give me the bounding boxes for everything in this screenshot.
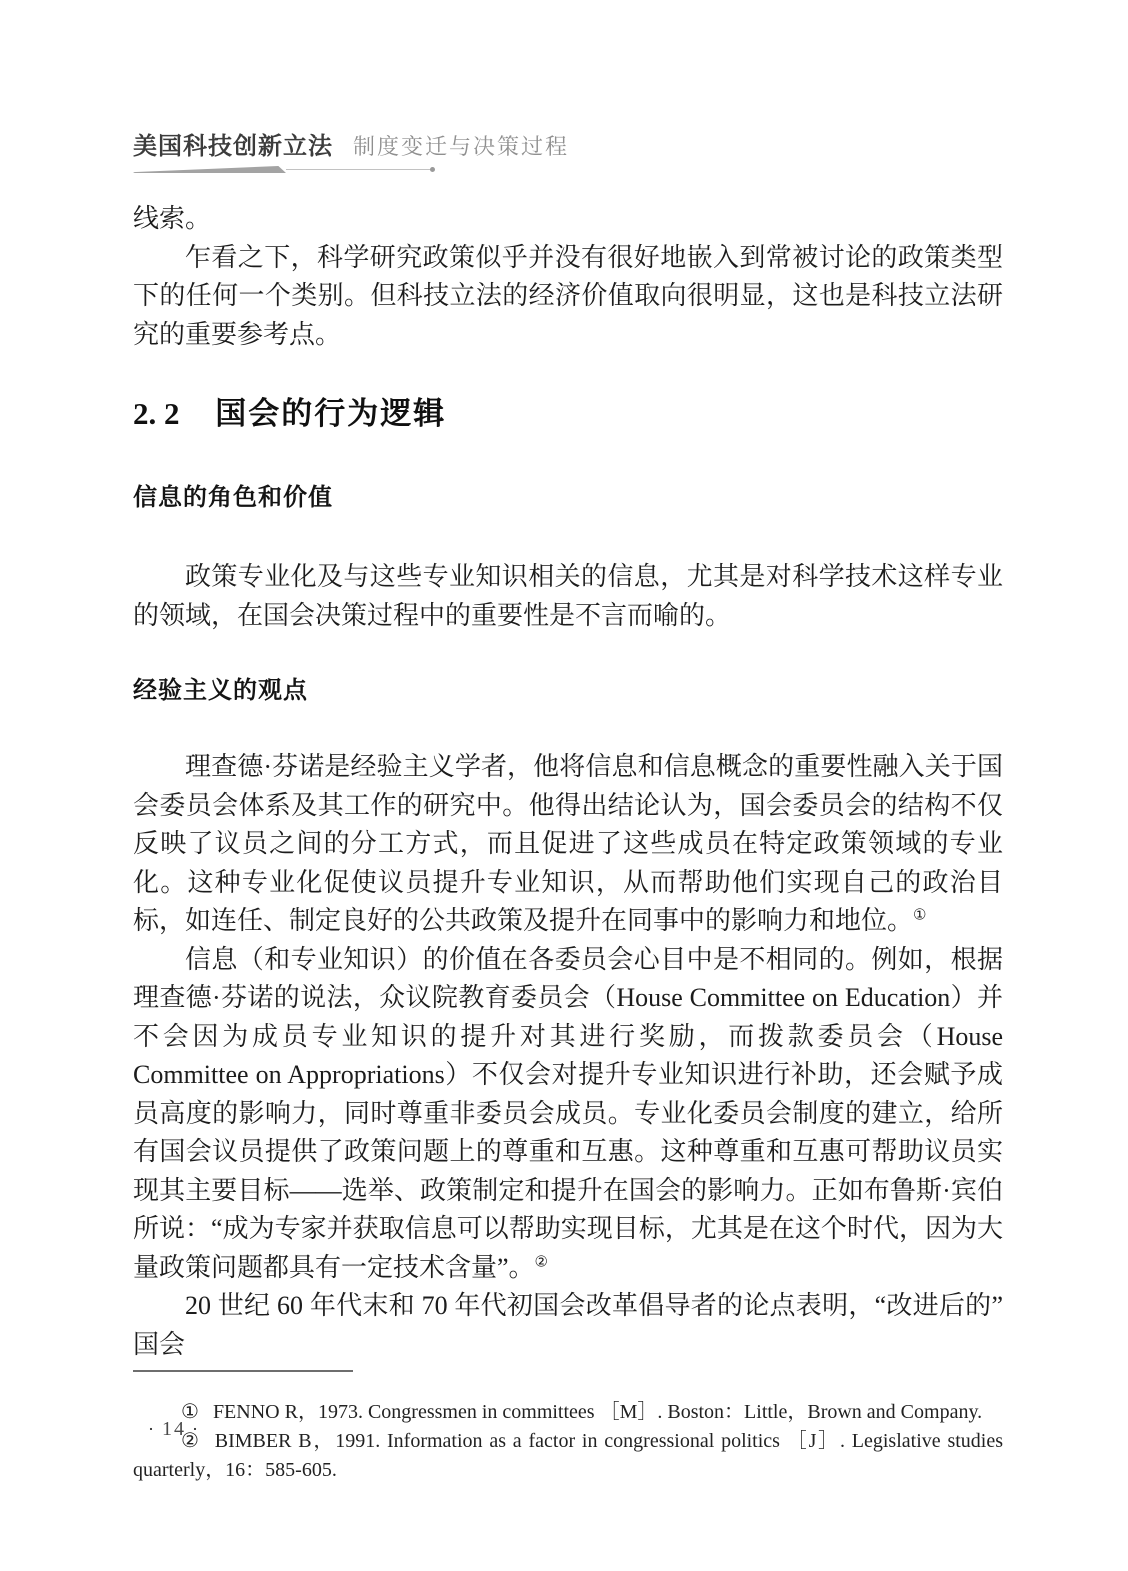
footnote-1-text: FENNO R，1973. Congressmen in committees … (213, 1401, 982, 1423)
book-subtitle: 制度变迁与决策过程 (353, 134, 569, 159)
section-heading: 2. 2 国会的行为逻辑 (133, 391, 1003, 437)
page-number: 14 (162, 1418, 186, 1440)
running-header-text: 美国科技创新立法 制度变迁与决策过程 (133, 126, 1003, 161)
paragraph-information-value: 政策专业化及与这些专业知识相关的信息，尤其是对科学技术这样专业的领域，在国会决策… (133, 558, 1003, 635)
page-number-left-dot: · (148, 1419, 156, 1439)
paragraph-committee-value: 信息（和专业知识）的价值在各委员会心目中是不相同的。例如，根据理查德·芬诺的说法… (133, 941, 1003, 1288)
running-header: 美国科技创新立法 制度变迁与决策过程 (133, 126, 1003, 173)
footnote-item-1: ①FENNO R，1973. Congressmen in committees… (133, 1398, 1003, 1427)
section-title: 国会的行为逻辑 (215, 396, 446, 431)
footnote-ref-2: ② (535, 1254, 548, 1270)
page-number-right-dot: · (192, 1419, 200, 1439)
book-page: 美国科技创新立法 制度变迁与决策过程 线索。 乍看之下，科学研究政策似乎并没有很… (0, 0, 1128, 1571)
paragraph-fenno: 理查德·芬诺是经验主义学者，他将信息和信息概念的重要性融入关于国会委员会体系及其… (133, 748, 1003, 941)
header-rule-bar (133, 166, 286, 173)
paragraph-opening-line: 线索。 (133, 200, 1003, 239)
paragraph-fenno-text: 理查德·芬诺是经验主义学者，他将信息和信息概念的重要性融入关于国会委员会体系及其… (133, 752, 1003, 935)
subsection-heading-information: 信息的角色和价值 (133, 483, 1003, 513)
page-footer: ·14· (148, 1418, 200, 1441)
subsection-heading-empiricism: 经验主义的观点 (133, 676, 1003, 706)
book-title: 美国科技创新立法 (133, 133, 333, 160)
header-rule (133, 166, 1003, 173)
footnote-item-2: ②BIMBER B，1991. Information as a factor … (133, 1427, 1003, 1485)
paragraph-committee-value-text: 信息（和专业知识）的价值在各委员会心目中是不相同的。例如，根据理查德·芬诺的说法… (133, 945, 1003, 1282)
footnotes: ①FENNO R，1973. Congressmen in committees… (133, 1398, 1003, 1485)
header-rule-line (286, 169, 432, 170)
header-rule-dot-icon (430, 167, 435, 172)
paragraph-congress-reform: 20 世纪 60 年代末和 70 年代初国会改革倡导者的论点表明，“改进后的” … (133, 1287, 1003, 1364)
footnote-separator (133, 1370, 353, 1372)
footnote-2-text: BIMBER B，1991. Information as a factor i… (133, 1430, 1003, 1481)
paragraph-intro: 乍看之下，科学研究政策似乎并没有很好地嵌入到常被讨论的政策类型下的任何一个类别。… (133, 239, 1003, 355)
footnote-ref-1: ① (913, 907, 926, 923)
page-content: 线索。 乍看之下，科学研究政策似乎并没有很好地嵌入到常被讨论的政策类型下的任何一… (133, 200, 1003, 1485)
section-number: 2. 2 (133, 396, 180, 431)
